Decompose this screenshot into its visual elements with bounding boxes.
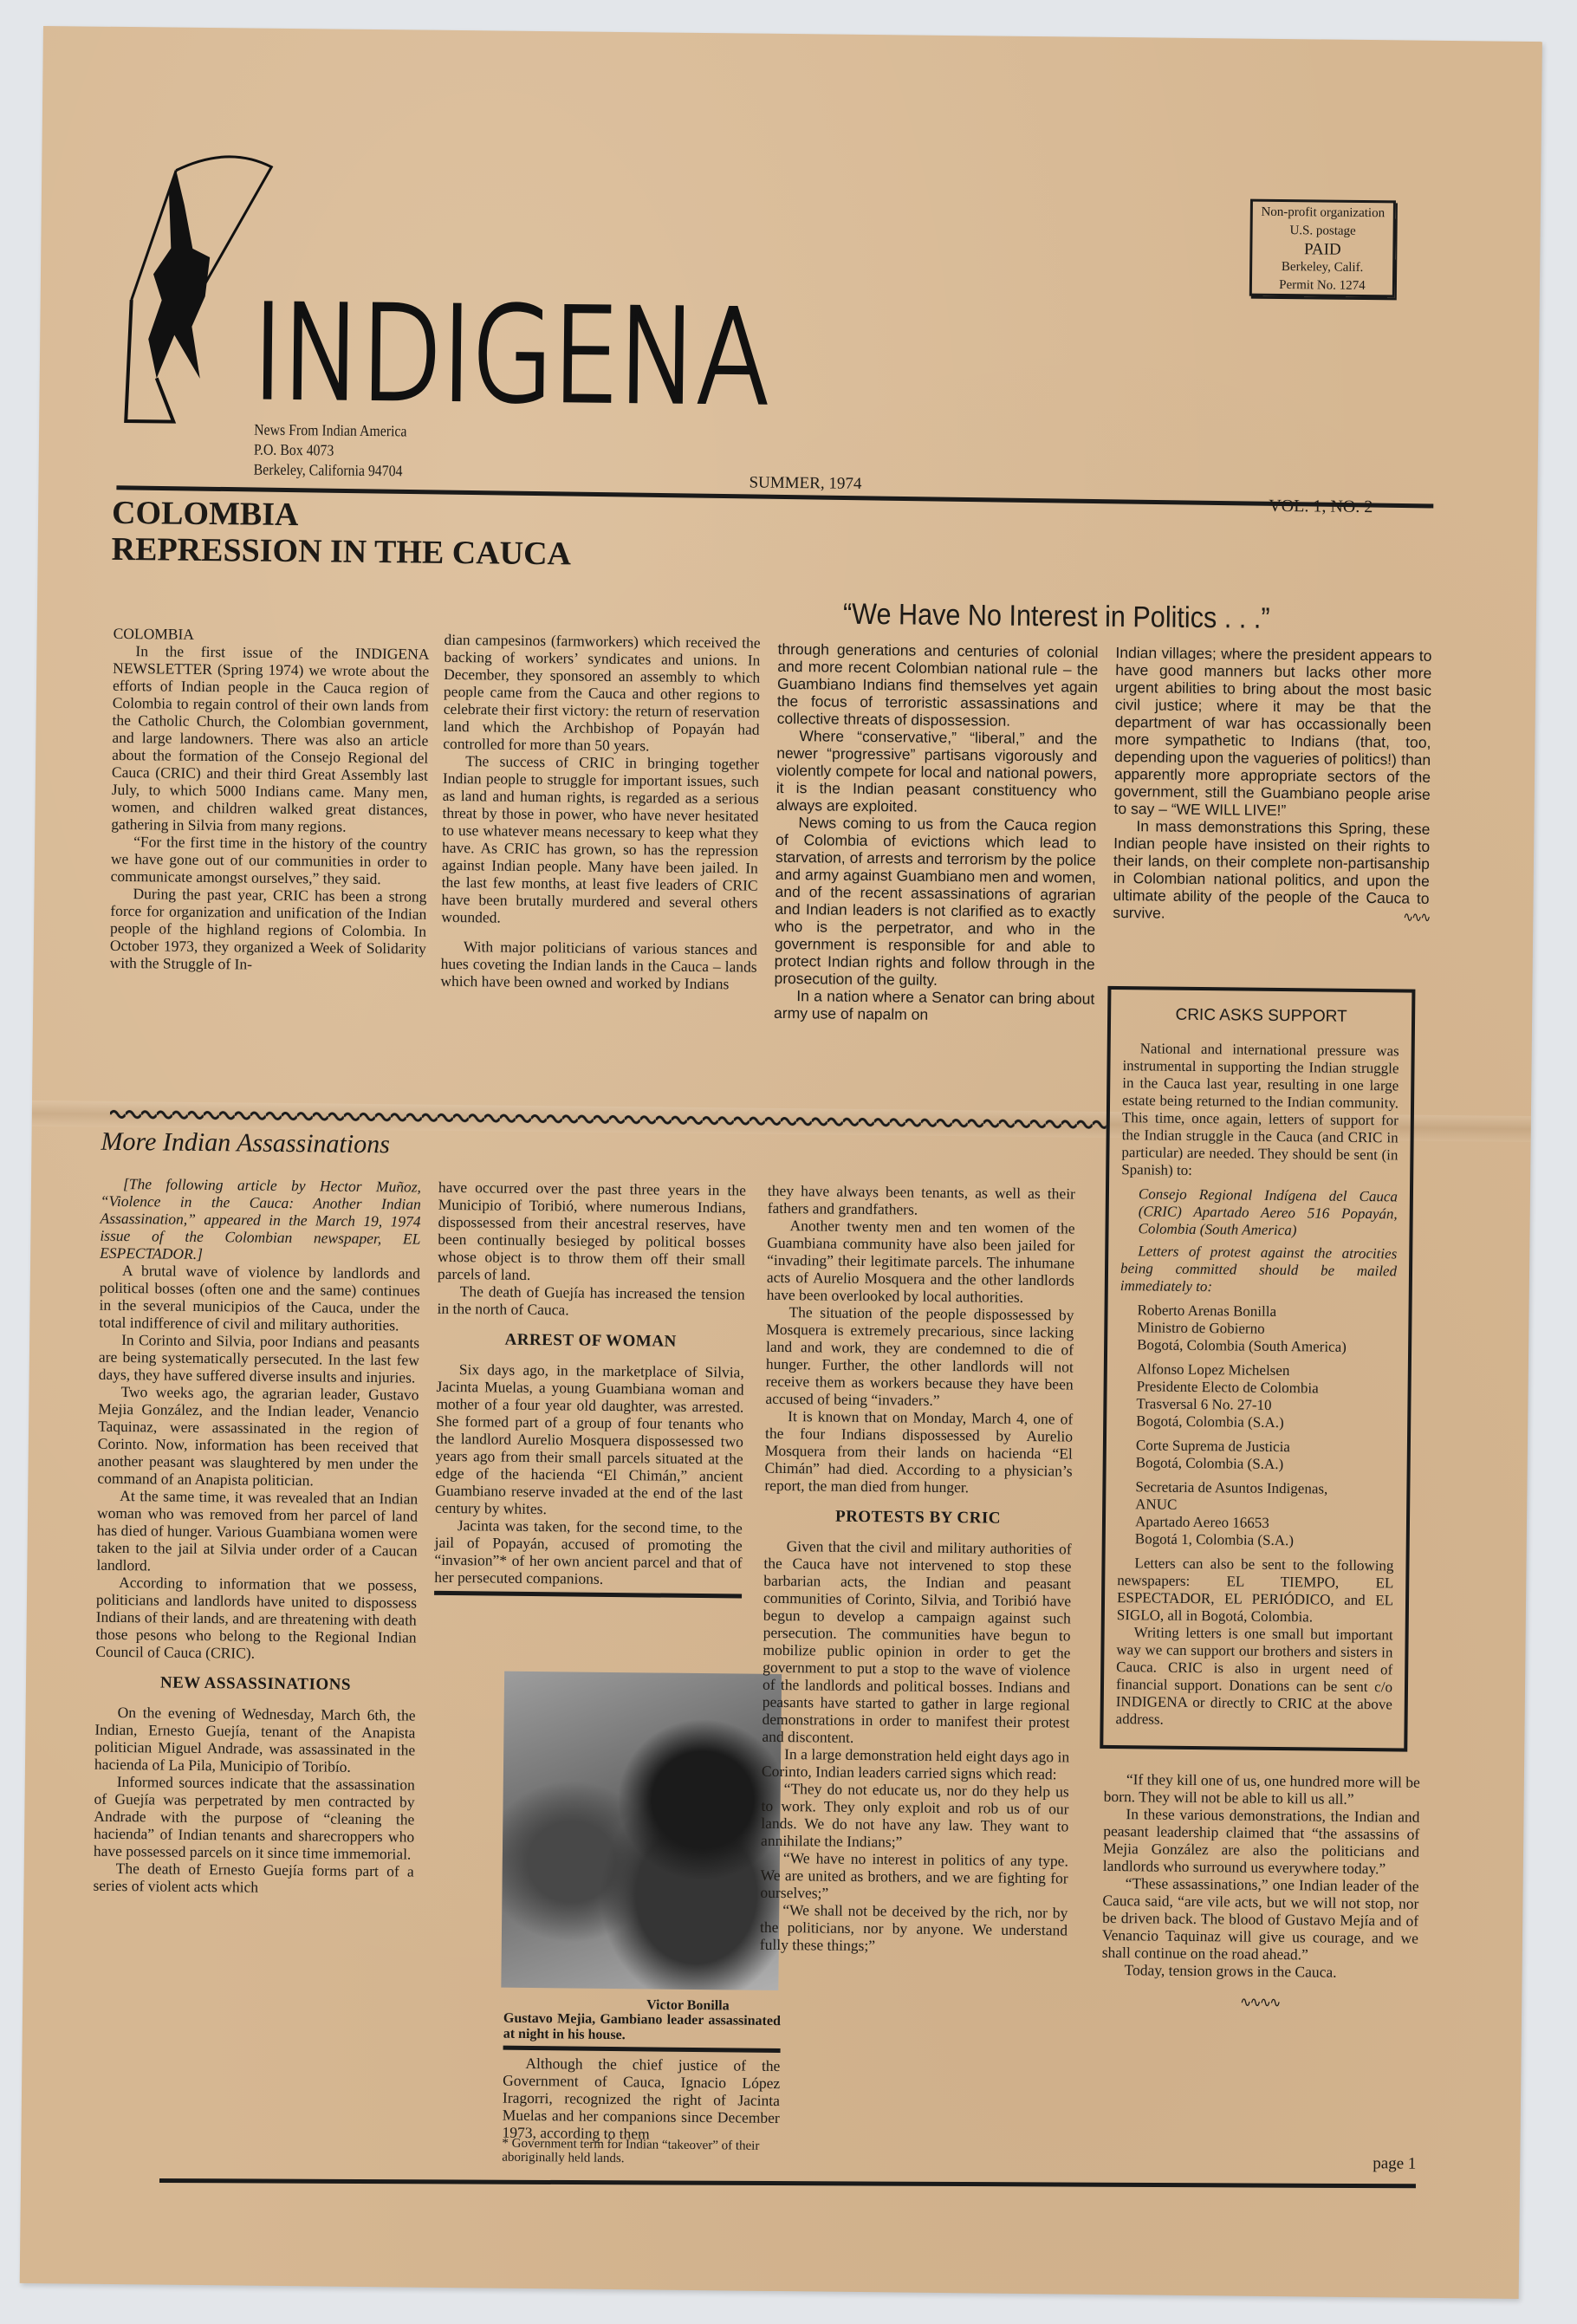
subhead-arrest-of-woman: ARREST OF WOMAN [437,1331,744,1352]
paragraph: In the first issue of the INDIGENA NEWSL… [111,642,429,836]
paragraph: The situation of the people dispossessed… [765,1303,1074,1411]
assassinations-column-3: they have always been tenants, as well a… [760,1182,1075,1957]
address-block: Roberto Arenas Bonilla Ministro de Gobie… [1119,1302,1397,1356]
postage-line: Non-profit organization [1253,204,1393,224]
newspapers-note: Letters can also be sent to the followin… [1117,1555,1394,1626]
paragraph: they have always been tenants, as well a… [768,1182,1075,1220]
paragraph: The death of Ernesto Guejía forms part o… [93,1860,413,1898]
paragraph: At the same time, it was revealed that a… [96,1487,418,1577]
cric-address: Consejo Regional Indígena del Cauca (CRI… [1120,1185,1398,1240]
paragraph: Another twenty men and ten women of the … [767,1217,1075,1307]
headline-line: COLOMBIA [112,495,572,536]
page-headline: COLOMBIA REPRESSION IN THE CAUCA [111,495,571,573]
paragraph: “For the first time in the history of th… [111,833,428,888]
tagline: News From Indian America [254,420,407,442]
assassinations-column-1: [The following article by Hector Muñoz, … [93,1175,421,1898]
paragraph: With major politicians of various stance… [440,938,757,993]
paragraph: Given that the civil and military author… [762,1537,1071,1749]
photo-bottom-rule [503,2046,781,2053]
footer-rule [159,2178,1416,2188]
cric-support-box: CRIC ASKS SUPPORT National and internati… [1100,986,1415,1752]
issue-date: SUMMER, 1974 [749,474,861,494]
address-line-1: P.O. Box 4073 [254,440,407,462]
address-block: Alfonso Lopez Michelsen Presidente Elect… [1119,1360,1396,1432]
box-title: CRIC ASKS SUPPORT [1123,1005,1399,1027]
subhead-protests-by-cric: PROTESTS BY CRIC [764,1508,1072,1529]
section-title: More Indian Assassinations [101,1127,390,1159]
paragraph: News coming to us from the Cauca region … [774,814,1096,990]
paragraph: have occurred over the past three years … [438,1178,746,1286]
news-photo [501,1672,782,1990]
photo-caption: Gustavo Mejia, Gambiano leader assassina… [503,2011,781,2053]
paragraph: In a nation where a Senator can bring ab… [774,987,1094,1025]
paragraph: “They do not educate us, nor do they hel… [761,1780,1069,1853]
address-block: Secretaria de Asuntos Indigenas, ANUC Ap… [1118,1478,1395,1550]
column-2-continuation: Although the chief justice of the Govern… [502,2055,780,2144]
lead-column-1: COLOMBIA In the first issue of the INDIG… [110,625,430,975]
paragraph: During the past year, CRIC has been a st… [110,885,427,975]
paragraph: “We have no interest in politics of any … [760,1849,1068,1905]
postage-paid: PAID [1252,240,1392,260]
assassinations-column-4: “If they kill one of us, one hundred mor… [1101,1770,1420,2013]
masthead-title: INDIGENA [251,289,769,424]
newspaper-page: INDIGENA News From Indian America P.O. B… [20,26,1542,2299]
address-block: Corte Suprema de Justicia Bogotá, Colomb… [1119,1437,1395,1474]
paragraph: “If they kill one of us, one hundred mor… [1104,1770,1420,1808]
photo-top-rule [434,1591,742,1599]
paragraph: through generations and centuries of col… [777,640,1099,730]
paragraph: “These assassinations,” one Indian leade… [1102,1874,1419,1964]
paragraph: Six days ago, in the marketplace of Silv… [435,1360,744,1520]
subhead-new-assassinations: NEW ASSASSINATIONS [95,1674,416,1695]
paragraph: The success of CRIC in bringing together… [441,752,759,929]
paragraph: Where “conservative,” “liberal,” and the… [776,727,1098,817]
footnote: * Government term for Indian “takeover” … [502,2137,779,2167]
paragraph: In a large demonstration held eight days… [762,1745,1069,1783]
photo-credit: Victor Bonilla [646,1997,730,2014]
squiggle-end-mark-icon: ∿∿∿∿ [1101,1992,1418,2013]
assassinations-column-2: have occurred over the past three years … [434,1178,746,1599]
paragraph: The death of Guejía has increased the te… [437,1282,744,1321]
protest-intro: Letters of protest against the atrocitie… [1120,1243,1398,1297]
postage-line: Berkeley, Calif. [1252,258,1392,278]
paragraph: Two weeks ago, the agrarian leader, Gust… [97,1383,419,1490]
postage-permit: Permit No. 1274 [1252,276,1392,296]
intro-note: [The following article by Hector Muñoz, … [100,1175,421,1265]
masthead-info: News From Indian America P.O. Box 4073 B… [254,420,407,482]
headline-line: REPRESSION IN THE CAUCA [111,531,571,573]
paragraph: Indian villages; where the president app… [1114,644,1432,821]
paragraph: In Corinto and Silvia, poor Indians and … [99,1331,420,1386]
paragraph: A brutal wave of violence by landlords a… [99,1262,420,1334]
paragraph: On the evening of Wednesday, March 6th, … [94,1704,416,1776]
paragraph: It is known that on Monday, March 4, one… [764,1407,1073,1497]
lead-column-3: through generations and centuries of col… [774,640,1099,1025]
page-number: page 1 [1373,2154,1416,2174]
lead-column-4: Indian villages; where the president app… [1113,644,1431,926]
postage-line: U.S. postage [1252,222,1392,242]
paragraph: “We shall not be deceived by the rich, n… [760,1901,1068,1957]
lead-column-2: dian campesinos (farmworkers) which rece… [440,631,760,993]
caption-text: Gustavo Mejia, Gambiano leader assassina… [503,2011,781,2045]
pull-quote: “We Have No Interest in Politics . . .” [843,598,1270,636]
paragraph: Although the chief justice of the Govern… [502,2055,780,2144]
box-closing: Writing letters is one small but importa… [1116,1624,1393,1730]
paragraph: According to information that we possess… [95,1574,417,1664]
paragraph: In these various demonstrations, the Ind… [1103,1805,1420,1878]
postage-indicia: Non-profit organization U.S. postage PAI… [1249,199,1396,298]
paragraph: Today, tension grows in the Cauca. [1101,1961,1418,1982]
paragraph: dian campesinos (farmworkers) which rece… [443,631,760,756]
address-line-2: Berkeley, California 94704 [254,460,407,482]
volume-number: VOL. 1, NO. 2 [1269,497,1373,517]
paragraph: Jacinta was taken, for the second time, … [434,1516,743,1589]
box-intro: National and international pressure was … [1121,1040,1399,1181]
paragraph: Informed sources indicate that the assas… [94,1773,415,1863]
footnote-text: * Government term for Indian “takeover” … [502,2137,779,2167]
